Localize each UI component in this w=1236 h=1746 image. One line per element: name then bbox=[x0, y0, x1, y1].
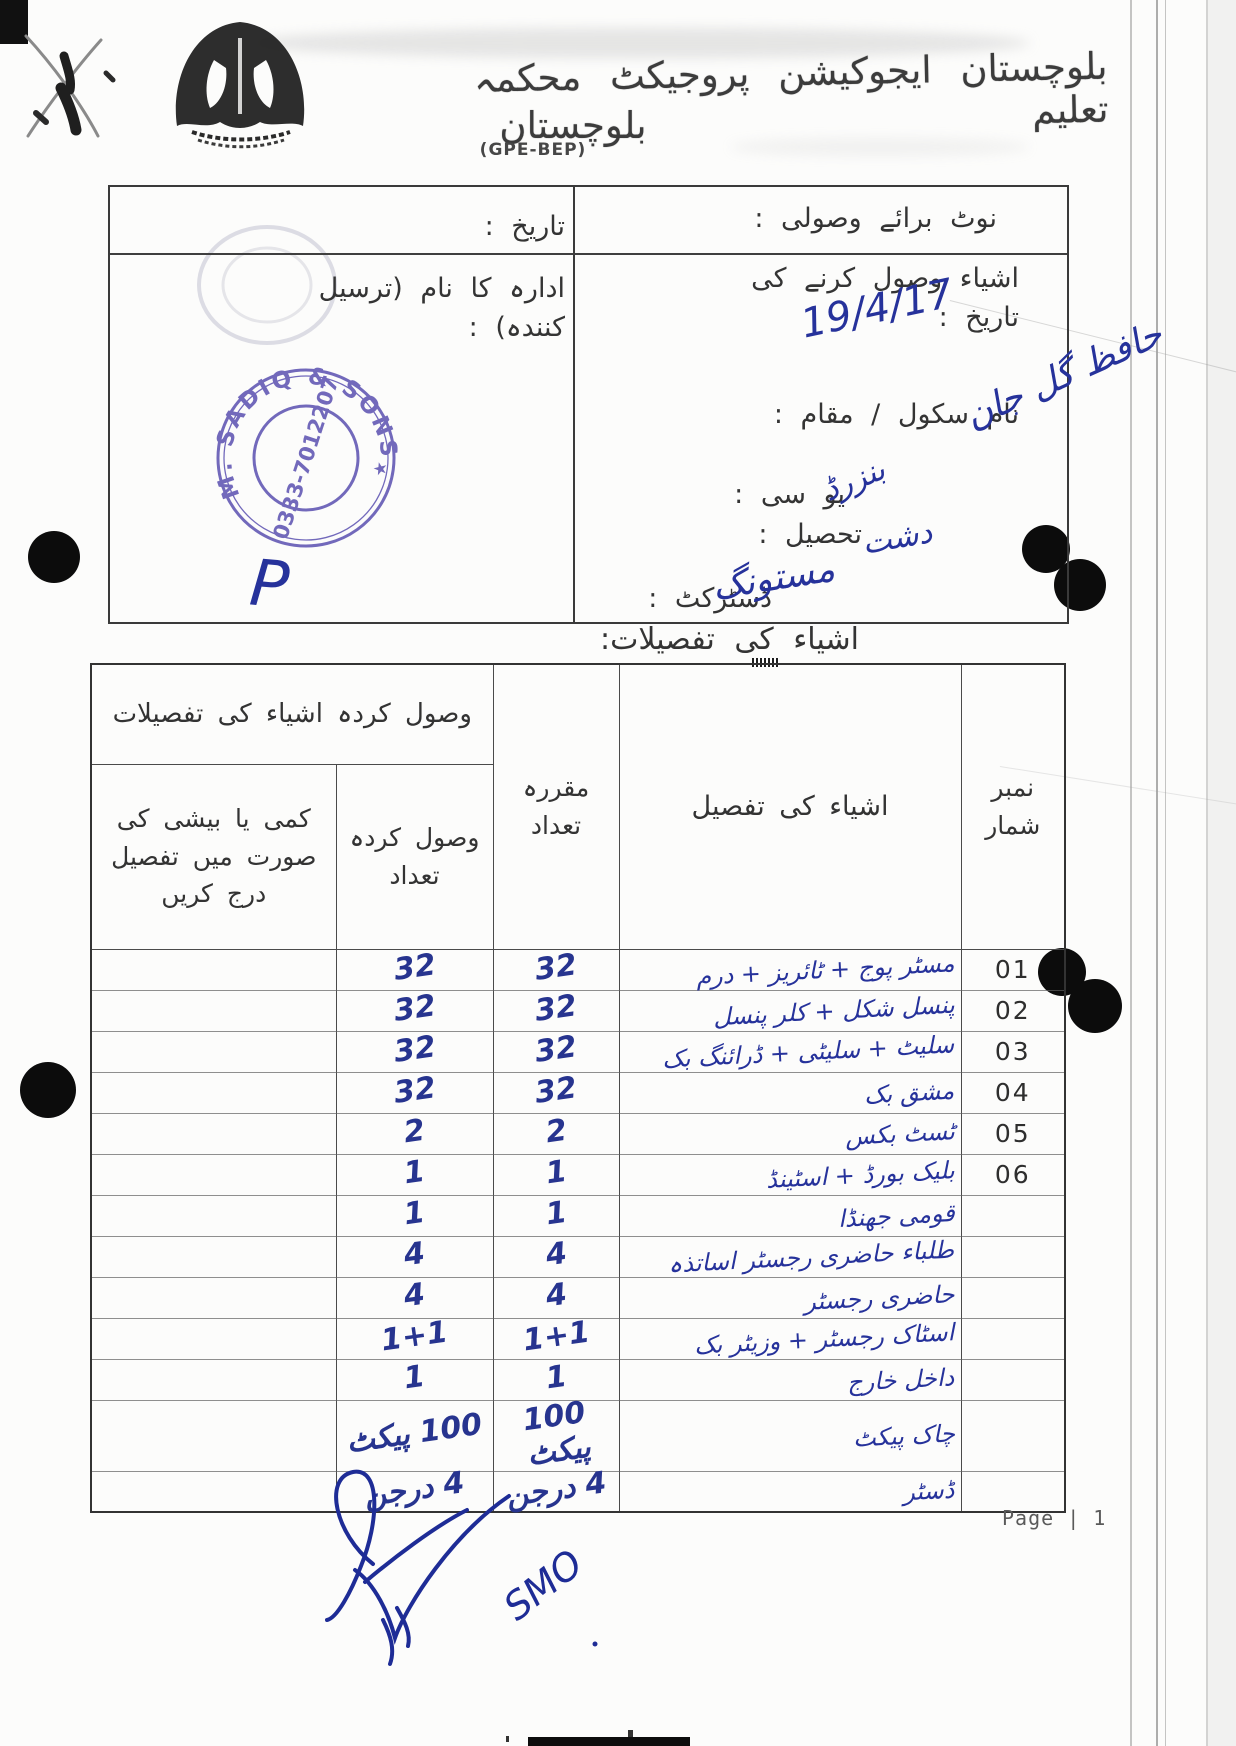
table-row: 03سلیٹ + سلیٹی + ڈرائنگ بک3232 bbox=[91, 1031, 1065, 1072]
items-table: نمبر شمار اشیاء کی تفصیل مقررہ تعداد وصو… bbox=[90, 663, 1066, 1513]
received-qty-cell: 2 bbox=[336, 1113, 493, 1154]
pencil-x-mark bbox=[6, 18, 146, 158]
received-group-header: وصول کردہ اشیاء کی تفصیلات bbox=[91, 664, 493, 764]
received-qty-cell: 4 bbox=[336, 1277, 493, 1318]
received-qty-cell: 1+1 bbox=[336, 1318, 493, 1359]
item-cell: طلباء حاضری رجسٹر اساتذہ bbox=[619, 1236, 961, 1277]
serial-cell: 05 bbox=[961, 1113, 1065, 1154]
table-row: اسٹاک رجسٹر + وزیٹر بک1+11+1 bbox=[91, 1318, 1065, 1359]
serial-cell: 02 bbox=[961, 990, 1065, 1031]
page-number: Page | 1 bbox=[1002, 1506, 1106, 1530]
hole-punch-dot bbox=[20, 1062, 76, 1118]
scan-smudge bbox=[730, 138, 1030, 156]
scanned-document-page: بلوچستان ایجوکیشن پروجیکٹ محکمہ تعلیم بل… bbox=[0, 0, 1236, 1746]
discrepancy-cell bbox=[91, 1195, 336, 1236]
project-abbreviation: (GPE-BEP) bbox=[468, 140, 598, 160]
received-qty-column-header: وصول کردہ تعداد bbox=[336, 764, 493, 949]
signature: SMO bbox=[295, 1462, 675, 1732]
items-details-heading: اشیاء کی تفصیلات: bbox=[600, 622, 1080, 657]
received-qty-cell: 32 bbox=[336, 1072, 493, 1113]
fixed-qty-cell: 100 پیکٹ bbox=[493, 1400, 619, 1471]
table-row: 04مشق بک3232 bbox=[91, 1072, 1065, 1113]
fixed-qty-cell: 32 bbox=[493, 1072, 619, 1113]
table-row: 05ٹسٹ بکس22 bbox=[91, 1113, 1065, 1154]
item-cell: مسٹر پوج + ٹائریز + درم bbox=[619, 949, 961, 990]
serial-cell: 03 bbox=[961, 1031, 1065, 1072]
scan-speck bbox=[506, 1736, 509, 1742]
project-logo-icon bbox=[152, 8, 332, 158]
discrepancy-cell bbox=[91, 1031, 336, 1072]
fixed-qty-cell: 2 bbox=[493, 1113, 619, 1154]
received-qty-cell: 4 bbox=[336, 1236, 493, 1277]
table-row: 06بلیک بورڈ + اسٹینڈ11 bbox=[91, 1154, 1065, 1195]
table-row: 01مسٹر پوج + ٹائریز + درم3232 bbox=[91, 949, 1065, 990]
discrepancy-cell bbox=[91, 1318, 336, 1359]
date-label: تاریخ : bbox=[485, 207, 565, 246]
sender-org-label-line2: کنندہ) : bbox=[319, 308, 565, 347]
item-cell: چاک پیکٹ bbox=[619, 1400, 961, 1471]
box-row-line bbox=[110, 253, 1067, 255]
serial-cell bbox=[961, 1277, 1065, 1318]
received-qty-cell: 1 bbox=[336, 1154, 493, 1195]
item-cell: مشق بک bbox=[619, 1072, 961, 1113]
serial-column-header: نمبر شمار bbox=[961, 664, 1065, 949]
table-row: قومی جھنڈا11 bbox=[91, 1195, 1065, 1236]
item-cell: سلیٹ + سلیٹی + ڈرائنگ بک bbox=[619, 1031, 961, 1072]
page-edge-shadow bbox=[1208, 0, 1236, 1746]
item-cell: داخل خارج bbox=[619, 1359, 961, 1400]
item-cell: پنسل شکل + کلر پنسل bbox=[619, 990, 961, 1031]
item-cell: اسٹاک رجسٹر + وزیٹر بک bbox=[619, 1318, 961, 1359]
fixed-qty-cell: 32 bbox=[493, 990, 619, 1031]
signature-initials: SMO bbox=[495, 1541, 591, 1629]
table-row: چاک پیکٹ100 پیکٹ100 پیکٹ bbox=[91, 1400, 1065, 1471]
item-cell: ٹسٹ بکس bbox=[619, 1113, 961, 1154]
fixed-qty-cell: 1 bbox=[493, 1154, 619, 1195]
table-row: طلباء حاضری رجسٹر اساتذہ44 bbox=[91, 1236, 1065, 1277]
table-row: 02پنسل شکل + کلر پنسل3232 bbox=[91, 990, 1065, 1031]
sender-org-label-line1: ادارہ کا نام (ترسیل bbox=[319, 269, 565, 308]
discrepancy-cell bbox=[91, 949, 336, 990]
discrepancy-cell bbox=[91, 1359, 336, 1400]
scan-line bbox=[1130, 0, 1132, 1746]
tehsil-label: تحصیل : bbox=[758, 515, 862, 554]
item-cell: حاضری رجسٹر bbox=[619, 1277, 961, 1318]
table-row: داخل خارج11 bbox=[91, 1359, 1065, 1400]
serial-cell bbox=[961, 1400, 1065, 1471]
scan-line bbox=[1165, 0, 1166, 1746]
discrepancy-cell bbox=[91, 1277, 336, 1318]
serial-cell: 04 bbox=[961, 1072, 1065, 1113]
fixed-qty-cell: 4 bbox=[493, 1236, 619, 1277]
scan-bottom-artifact bbox=[528, 1737, 690, 1746]
scan-line bbox=[1156, 0, 1158, 1746]
fixed-qty-cell: 4 bbox=[493, 1277, 619, 1318]
received-qty-cell: 1 bbox=[336, 1359, 493, 1400]
discrepancy-cell bbox=[91, 1236, 336, 1277]
received-qty-cell: 32 bbox=[336, 1031, 493, 1072]
table-row: حاضری رجسٹر44 bbox=[91, 1277, 1065, 1318]
serial-cell: 06 bbox=[961, 1154, 1065, 1195]
serial-cell bbox=[961, 1359, 1065, 1400]
stamp-phone-number: 0333-7012207 bbox=[268, 374, 343, 543]
fixed-qty-cell: 1+1 bbox=[493, 1318, 619, 1359]
sender-org-label: ادارہ کا نام (ترسیل کنندہ) : bbox=[319, 269, 565, 347]
fixed-qty-column-header: مقررہ تعداد bbox=[493, 664, 619, 949]
item-cell: بلیک بورڈ + اسٹینڈ bbox=[619, 1154, 961, 1195]
serial-cell: 01 bbox=[961, 949, 1065, 990]
hole-punch-dot bbox=[28, 531, 80, 583]
item-cell: قومی جھنڈا bbox=[619, 1195, 961, 1236]
discrepancy-cell bbox=[91, 990, 336, 1031]
discrepancy-cell bbox=[91, 1400, 336, 1471]
received-qty-cell: 100 پیکٹ bbox=[336, 1400, 493, 1471]
discrepancy-column-header: کمی یا بیشی کی صورت میں تفصیل درج کریں bbox=[91, 764, 336, 949]
serial-cell bbox=[961, 1195, 1065, 1236]
hole-punch-dot bbox=[1068, 979, 1122, 1033]
fixed-qty-cell: 32 bbox=[493, 949, 619, 990]
fixed-qty-cell: 32 bbox=[493, 1031, 619, 1072]
received-qty-cell: 1 bbox=[336, 1195, 493, 1236]
received-qty-cell: 32 bbox=[336, 949, 493, 990]
serial-cell bbox=[961, 1236, 1065, 1277]
discrepancy-cell bbox=[91, 1113, 336, 1154]
discrepancy-cell bbox=[91, 1154, 336, 1195]
discrepancy-cell bbox=[91, 1072, 336, 1113]
received-qty-cell: 32 bbox=[336, 990, 493, 1031]
item-detail-column-header: اشیاء کی تفصیل bbox=[619, 664, 961, 949]
note-for-receipt-label: نوٹ برائے وصولی : bbox=[754, 199, 997, 238]
serial-cell bbox=[961, 1318, 1065, 1359]
fixed-qty-cell: 1 bbox=[493, 1195, 619, 1236]
items-table-body: 01مسٹر پوج + ٹائریز + درم323202پنسل شکل … bbox=[91, 949, 1065, 1512]
